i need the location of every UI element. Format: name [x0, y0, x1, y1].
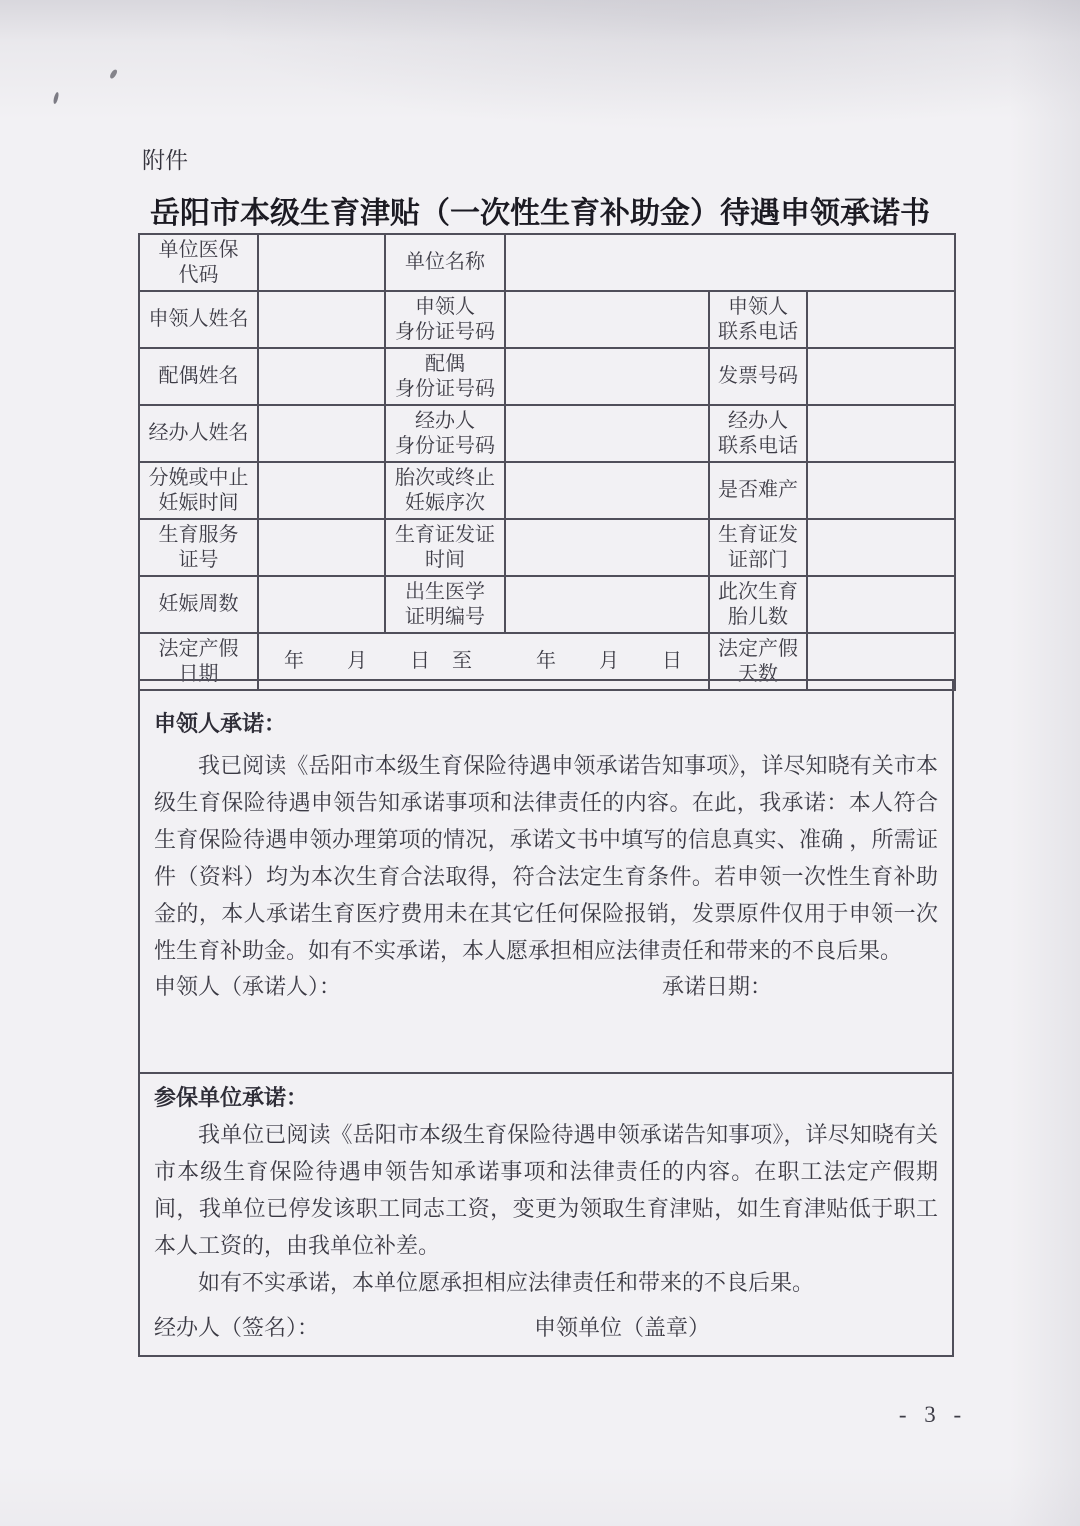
employer-unit-seal-label: 申领单位（盖章） [534, 1313, 710, 1343]
input-spouse-id-number [505, 348, 709, 405]
applicant-promise-section: 申领人承诺： 我已阅读《岳阳市本级生育保险待遇申领承诺告知事项》，详尽知晓有关市… [140, 709, 952, 1074]
scan-speck-artifact [109, 68, 118, 79]
label-difficult-birth: 是否难产 [709, 462, 807, 519]
label-cert-issue-date: 生育证发证 时间 [385, 519, 505, 576]
label-applicant-id-number: 申领人 身份证号码 [385, 291, 505, 348]
input-service-cert-number [258, 519, 385, 576]
application-form-table: 单位医保 代码 单位名称 申领人姓名 申领人 身份证号码 申领人 联系电话 配偶… [138, 233, 956, 691]
label-handler-name: 经办人姓名 [139, 405, 258, 462]
page-title: 岳阳市本级生育津贴（一次性生育补助金）待遇申领承诺书 [0, 188, 1080, 232]
input-birth-order [505, 462, 709, 519]
input-delivery-date [258, 462, 385, 519]
label-service-cert-number: 生育服务 证号 [139, 519, 258, 576]
employer-promise-heading: 参保单位承诺： [154, 1083, 938, 1113]
attachment-label: 附件 [142, 142, 188, 175]
applicant-promise-date-label: 承诺日期： [662, 972, 772, 1002]
label-gestation-weeks: 妊娠周数 [139, 576, 258, 633]
label-spouse-id-number: 配偶 身份证号码 [385, 348, 505, 405]
promise-box: 申领人承诺： 我已阅读《岳阳市本级生育保险待遇申领承诺告知事项》，详尽知晓有关市… [138, 679, 954, 1357]
table-row-spouse: 配偶姓名 配偶 身份证号码 发票号码 [139, 348, 955, 405]
input-gestation-weeks [258, 576, 385, 633]
table-row-applicant: 申领人姓名 申领人 身份证号码 申领人 联系电话 [139, 291, 955, 348]
label-handler-phone: 经办人 联系电话 [709, 405, 807, 462]
input-unit-name [505, 234, 955, 291]
employer-signer-label: 经办人（签名）： [154, 1315, 319, 1340]
label-invoice-number: 发票号码 [709, 348, 807, 405]
input-applicant-id-number [505, 291, 709, 348]
input-handler-name [258, 405, 385, 462]
label-unit-name: 单位名称 [385, 234, 505, 291]
input-applicant-name [258, 291, 385, 348]
employer-promise-section: 参保单位承诺： 我单位已阅读《岳阳市本级生育保险待遇申领承诺告知事项》，详尽知晓… [140, 1083, 952, 1357]
employer-signature-row: 经办人（签名）： 申领单位（盖章） [154, 1313, 938, 1343]
label-delivery-date: 分娩或中止 妊娠时间 [139, 462, 258, 519]
input-handler-id-number [505, 405, 709, 462]
applicant-signer-label: 申领人（承诺人）： [154, 974, 341, 999]
applicant-promise-heading: 申领人承诺： [154, 709, 938, 739]
input-birth-certificate-number [505, 576, 709, 633]
input-applicant-phone [807, 291, 955, 348]
input-spouse-name [258, 348, 385, 405]
label-handler-id-number: 经办人 身份证号码 [385, 405, 505, 462]
input-difficult-birth [807, 462, 955, 519]
label-spouse-name: 配偶姓名 [139, 348, 258, 405]
input-cert-issue-dept [807, 519, 955, 576]
table-row-delivery: 分娩或中止 妊娠时间 胎次或终止 妊娠序次 是否难产 [139, 462, 955, 519]
label-number-of-babies: 此次生育 胎儿数 [709, 576, 807, 633]
table-row-gestation: 妊娠周数 出生医学 证明编号 此次生育 胎儿数 [139, 576, 955, 633]
label-birth-order: 胎次或终止 妊娠序次 [385, 462, 505, 519]
input-invoice-number [807, 348, 955, 405]
applicant-signature-row: 申领人（承诺人）： 承诺日期： [154, 972, 938, 1002]
page-number: - 3 - [858, 1402, 1008, 1428]
applicant-promise-body: 我已阅读《岳阳市本级生育保险待遇申领承诺告知事项》，详尽知晓有关市本级生育保险待… [154, 747, 938, 969]
table-row-service-cert: 生育服务 证号 生育证发证 时间 生育证发 证部门 [139, 519, 955, 576]
label-birth-certificate-number: 出生医学 证明编号 [385, 576, 505, 633]
label-applicant-name: 申领人姓名 [139, 291, 258, 348]
scan-speck-artifact [53, 92, 59, 105]
label-cert-issue-dept: 生育证发 证部门 [709, 519, 807, 576]
label-unit-medicare-code: 单位医保 代码 [139, 234, 258, 291]
label-applicant-phone: 申领人 联系电话 [709, 291, 807, 348]
input-unit-medicare-code [258, 234, 385, 291]
input-handler-phone [807, 405, 955, 462]
input-number-of-babies [807, 576, 955, 633]
input-cert-issue-date [505, 519, 709, 576]
employer-promise-body: 我单位已阅读《岳阳市本级生育保险待遇申领承诺告知事项》，详尽知晓有关市本级生育保… [154, 1116, 938, 1264]
employer-promise-body2: 如有不实承诺，本单位愿承担相应法律责任和带来的不良后果。 [154, 1264, 938, 1301]
table-row-handler: 经办人姓名 经办人 身份证号码 经办人 联系电话 [139, 405, 955, 462]
table-row-unit: 单位医保 代码 单位名称 [139, 234, 955, 291]
